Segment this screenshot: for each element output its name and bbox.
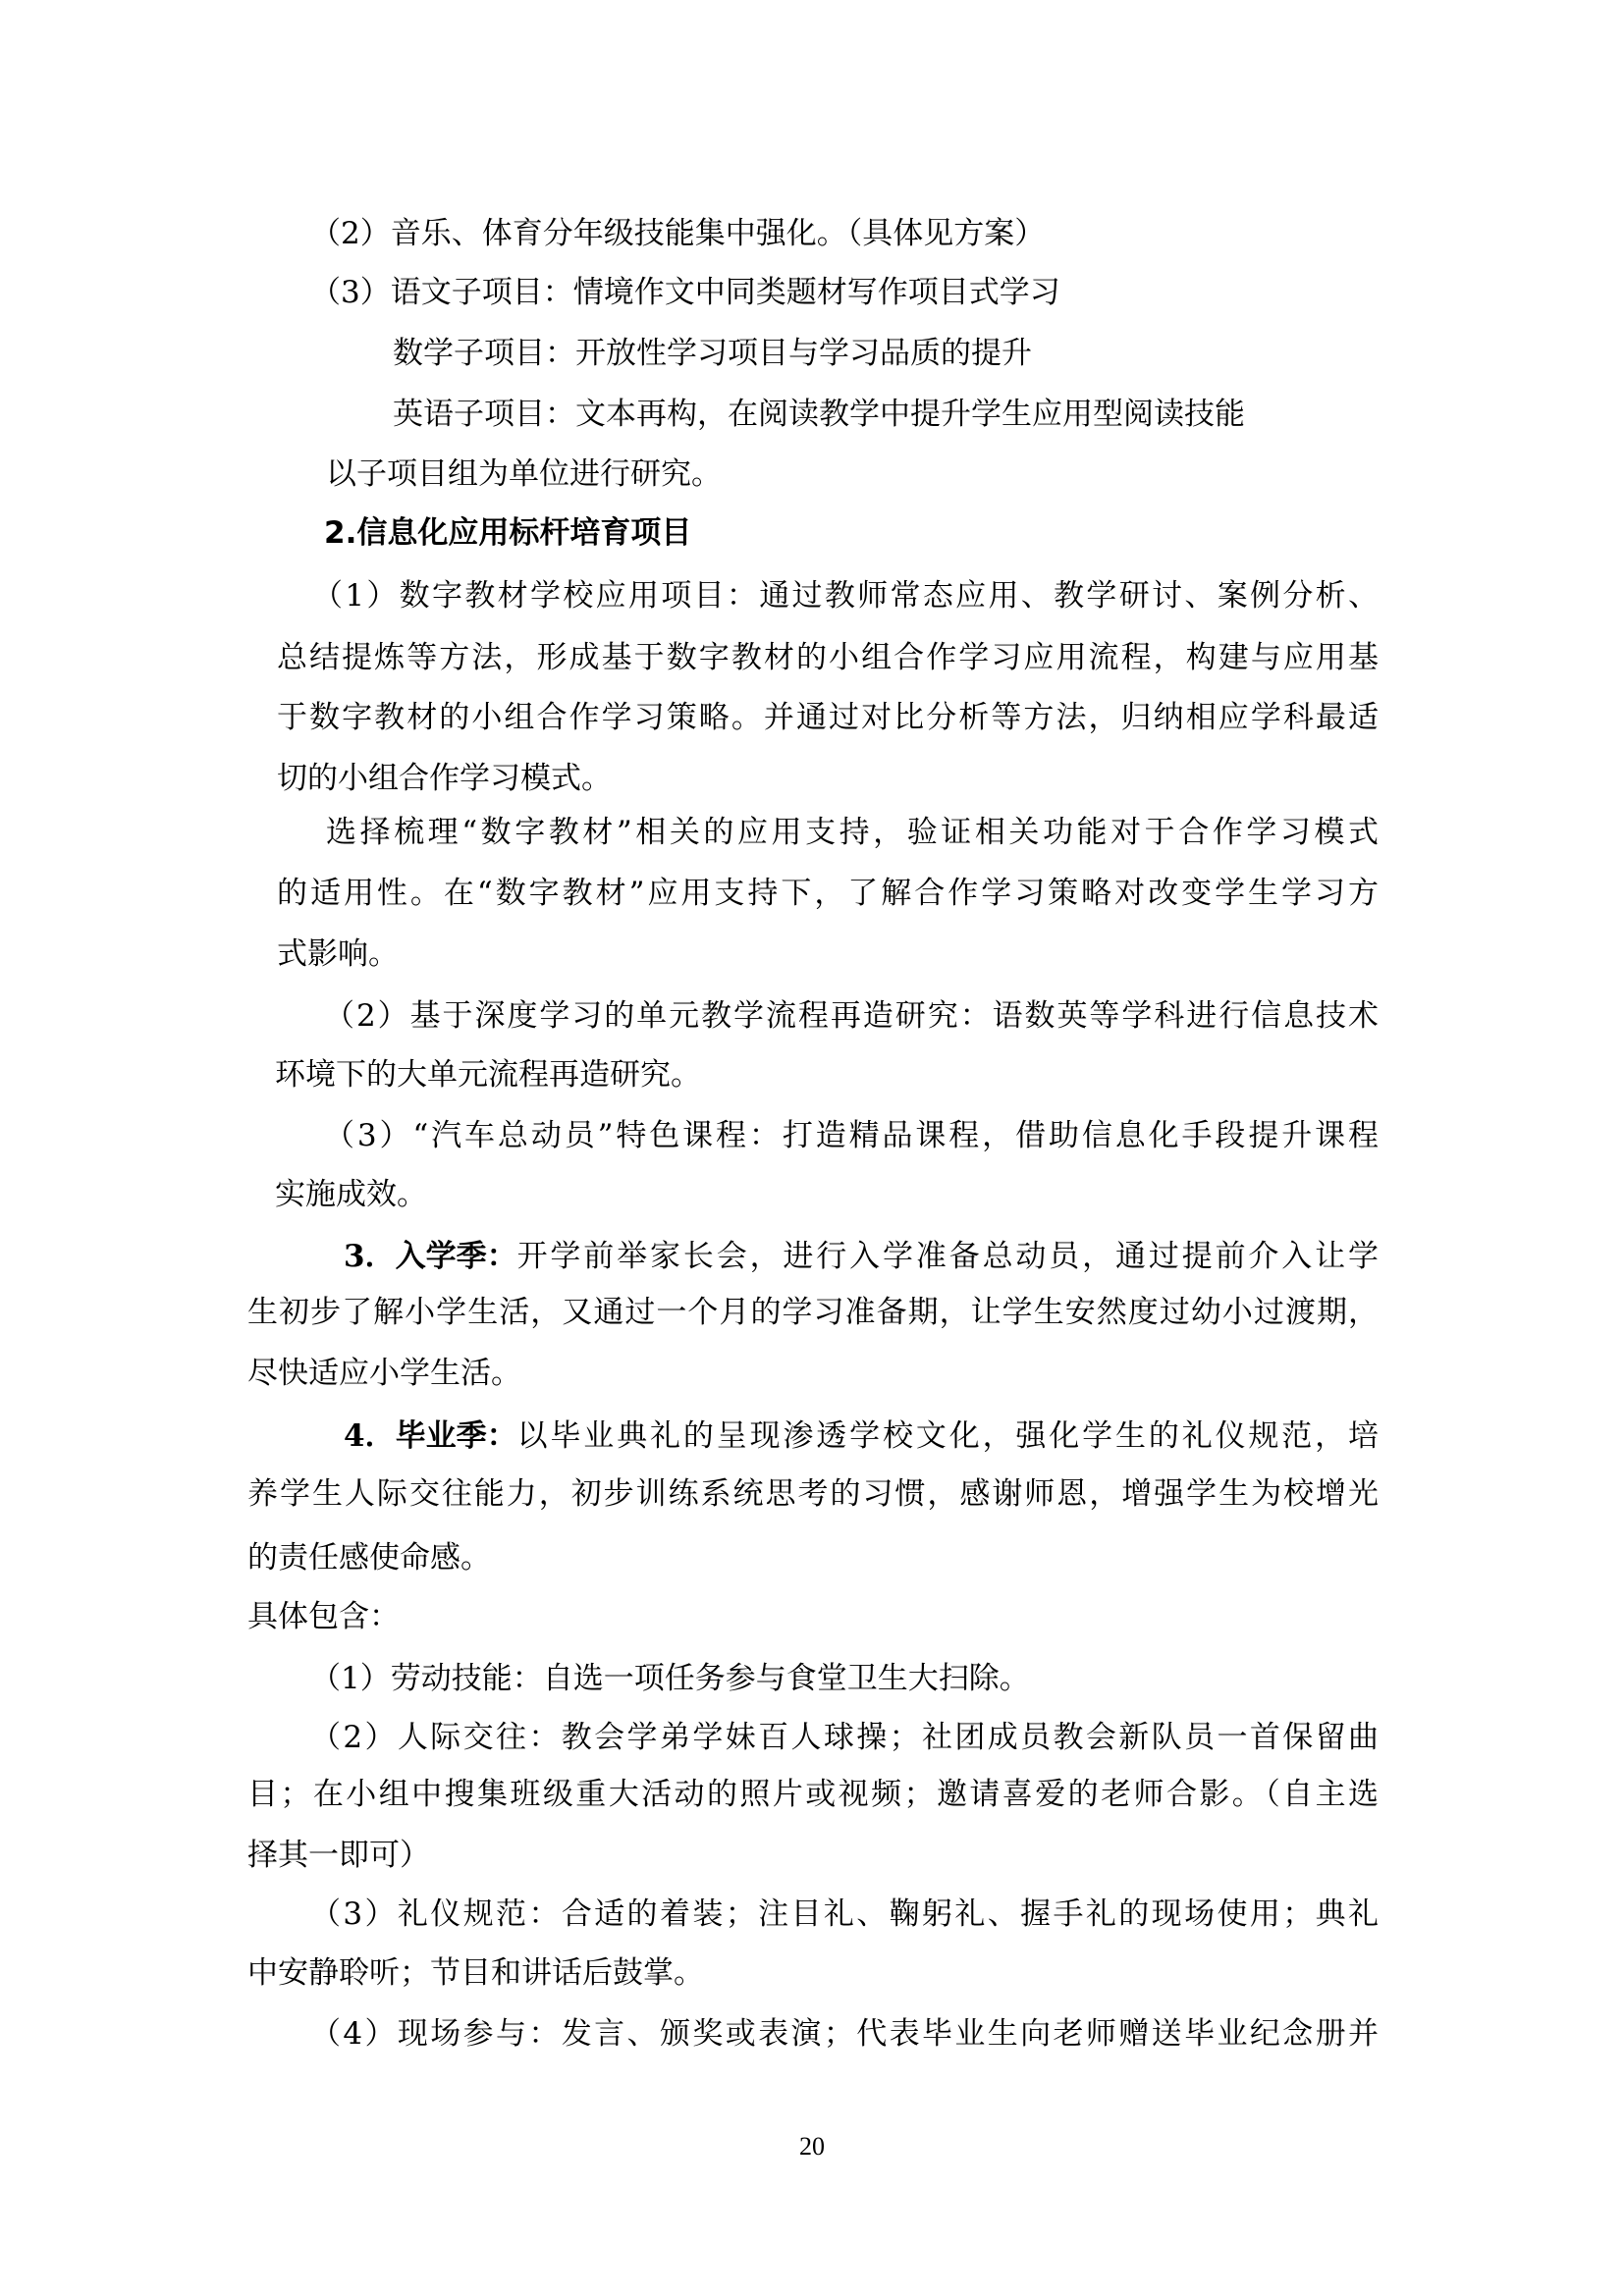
enrollment-season-label: 3．入学季：: [344, 1237, 517, 1276]
paragraph-line: 生初步了解小学生活，又通过一个月的学习准备期，让学生安然度过幼小过渡期，: [247, 1293, 1379, 1332]
list-item-music-pe: （2）音乐、体育分年级技能集中强化。（具体见方案）: [310, 214, 1045, 253]
paragraph-line: （1）数字教材学校应用项目：通过教师常态应用、教学研讨、案例分析、: [312, 576, 1379, 615]
paragraph-line: 于数字教材的小组合作学习策略。并通过对比分析等方法，归纳相应学科最适: [277, 698, 1379, 737]
list-item-labor-skills: （1）劳动技能：自选一项任务参与食堂卫生大扫除。: [310, 1659, 1030, 1698]
paragraph-line: （2）基于深度学习的单元教学流程再造研究：语数英等学科进行信息技术: [324, 996, 1379, 1036]
paragraph-line: 中安静聆听；节目和讲话后鼓掌。: [247, 1953, 704, 1993]
subsection-label: 具体包含：: [247, 1597, 400, 1636]
paragraph-line: 目；在小组中搜集班级重大活动的照片或视频；邀请喜爱的老师合影。（自主选: [247, 1775, 1379, 1814]
paragraph-line: 切的小组合作学习模式。: [277, 759, 612, 798]
paragraph-line: 的适用性。在“数字教材”应用支持下，了解合作学习策略对改变学生学习方: [277, 874, 1379, 913]
paragraph-line: 实施成效。: [275, 1175, 427, 1214]
paragraph-line: 环境下的大单元流程再造研究。: [275, 1055, 701, 1095]
paragraph-line: 选择梳理“数字教材”相关的应用支持，验证相关功能对于合作学习模式: [326, 813, 1379, 852]
paragraph-line: 择其一即可）: [247, 1836, 430, 1875]
paragraph-line: 尽快适应小学生活。: [247, 1354, 521, 1393]
list-item-math-subproject: 数学子项目：开放性学习项目与学习品质的提升: [393, 334, 1032, 373]
section-heading: 2.信息化应用标杆培育项目: [324, 513, 691, 553]
list-item-interpersonal: （2）人际交往：教会学弟学妹百人球操；社团成员教会新队员一首保留曲: [310, 1718, 1379, 1757]
page-number: 20: [790, 2132, 834, 2162]
paragraph-line: （3）“汽车总动员”特色课程：打造精品课程，借助信息化手段提升课程: [324, 1116, 1379, 1155]
list-item-chinese-subproject: （3）语文子项目：情境作文中同类题材写作项目式学习: [310, 273, 1060, 312]
enrollment-season-line: 3．入学季： 开学前举家长会，进行入学准备总动员，通过提前介入让学: [344, 1237, 1379, 1276]
paragraph-line: 的责任感使命感。: [247, 1538, 491, 1577]
list-item-on-site-participation: （4）现场参与：发言、颁奖或表演；代表毕业生向老师赠送毕业纪念册并: [310, 2014, 1379, 2054]
paragraph-text: 以子项目组为单位进行研究。: [326, 454, 722, 494]
paragraph-line: 总结提炼等方法，形成基于数字教材的小组合作学习应用流程，构建与应用基: [277, 638, 1379, 677]
paragraph-text: 开学前举家长会，进行入学准备总动员，通过提前介入让学: [517, 1237, 1379, 1276]
paragraph-line: 式影响。: [277, 934, 399, 974]
graduation-season-label: 4．毕业季：: [344, 1416, 517, 1456]
document-page: （2）音乐、体育分年级技能集中强化。（具体见方案） （3）语文子项目：情境作文中…: [0, 0, 1624, 2296]
paragraph-text: 以毕业典礼的呈现渗透学校文化，强化学生的礼仪规范，培: [517, 1416, 1379, 1456]
graduation-season-line: 4．毕业季： 以毕业典礼的呈现渗透学校文化，强化学生的礼仪规范，培: [344, 1416, 1379, 1456]
list-item-english-subproject: 英语子项目：文本再构，在阅读教学中提升学生应用型阅读技能: [393, 395, 1245, 434]
list-item-etiquette: （3）礼仪规范：合适的着装；注目礼、鞠躬礼、握手礼的现场使用；典礼: [310, 1895, 1379, 1934]
paragraph-line: 养学生人际交往能力，初步训练系统思考的习惯，感谢师恩，增强学生为校增光: [247, 1474, 1379, 1514]
